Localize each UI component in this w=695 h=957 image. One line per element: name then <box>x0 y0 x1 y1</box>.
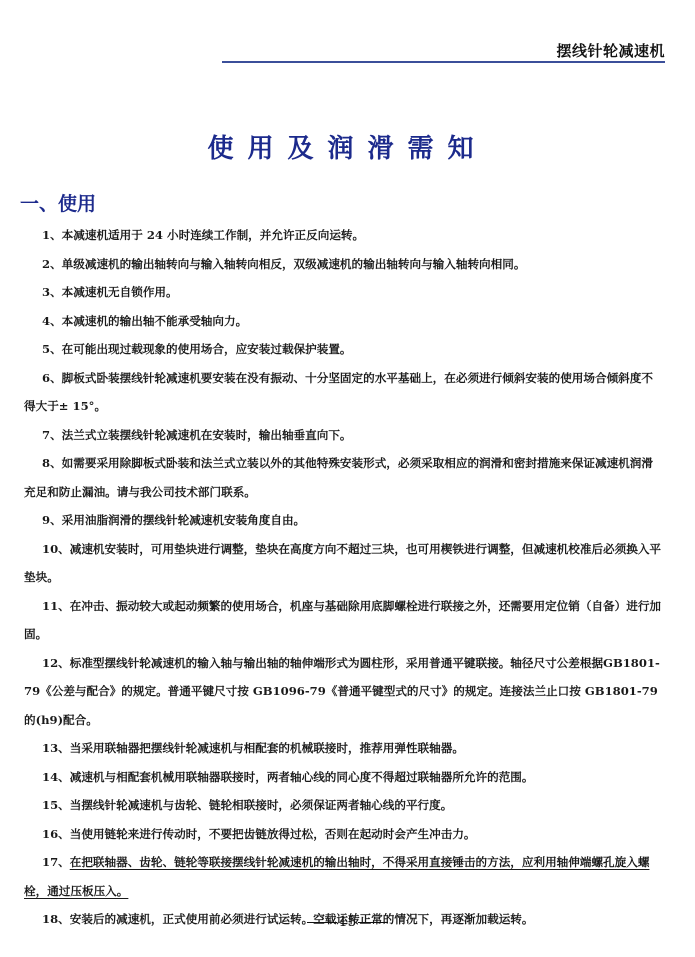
instruction-list: 1、本减速机适用于 24 小时连续工作制，并允许正反向运转。 2、单级减速机的输… <box>40 221 660 934</box>
item-prefix: 17、 <box>42 855 70 869</box>
header-rule <box>222 61 665 63</box>
list-item: 6、脚板式卧装摆线针轮减速机要安装在没有振动、十分坚固定的水平基础上，在必须进行… <box>24 364 664 421</box>
page-title: 使用及润滑需知 <box>0 128 695 165</box>
list-item: 3、本减速机无自锁作用。 <box>24 278 664 307</box>
list-item: 7、法兰式立装摆线针轮减速机在安装时，输出轴垂直向下。 <box>24 421 664 450</box>
list-item: 16、当使用链轮来进行传动时，不要把齿链放得过松，否则在起动时会产生冲击力。 <box>24 820 664 849</box>
section-heading: 一、使用 <box>20 189 96 216</box>
list-item: 10、减速机安装时，可用垫块进行调整，垫块在高度方向不超过三块，也可用楔铁进行调… <box>24 535 664 592</box>
list-item: 8、如需要采用除脚板式卧装和法兰式立装以外的其他特殊安装形式，必须采取相应的润滑… <box>24 449 664 506</box>
list-item: 2、单级减速机的输出轴转向与输入轴转向相反，双级减速机的输出轴转向与输入轴转向相… <box>24 250 664 279</box>
page-number-footer: 15 <box>0 914 695 930</box>
list-item: 11、在冲击、振动较大或起动频繁的使用场合，机座与基础除用底脚螺栓进行联接之外，… <box>24 592 664 649</box>
dash-right <box>358 922 388 923</box>
header-title: 摆线针轮减速机 <box>556 40 665 61</box>
underlined-warning: 在把联轴器、齿轮、链轮等联接摆线针轮减速机的输出轴时，不得采用直接锤击的方法，应… <box>24 855 649 898</box>
list-item: 1、本减速机适用于 24 小时连续工作制，并允许正反向运转。 <box>24 221 664 250</box>
list-item: 5、在可能出现过载现象的使用场合，应安装过载保护装置。 <box>24 335 664 364</box>
list-item: 4、本减速机的输出轴不能承受轴向力。 <box>24 307 664 336</box>
list-item: 17、在把联轴器、齿轮、链轮等联接摆线针轮减速机的输出轴时，不得采用直接锤击的方… <box>24 848 664 905</box>
list-item: 12、标准型摆线针轮减速机的输入轴与输出轴的轴伸端形式为圆柱形，采用普通平键联接… <box>24 649 664 735</box>
list-item: 14、减速机与相配套机械用联轴器联接时，两者轴心线的同心度不得超过联轴器所允许的… <box>24 763 664 792</box>
list-item: 9、采用油脂润滑的摆线针轮减速机安装角度自由。 <box>24 506 664 535</box>
dash-left <box>307 922 337 923</box>
list-item: 13、当采用联轴器把摆线针轮减速机与相配套的机械联接时，推荐用弹性联轴器。 <box>24 734 664 763</box>
list-item: 15、当摆线针轮减速机与齿轮、链轮相联接时，必须保证两者轴心线的平行度。 <box>24 791 664 820</box>
page-number: 15 <box>339 914 357 930</box>
